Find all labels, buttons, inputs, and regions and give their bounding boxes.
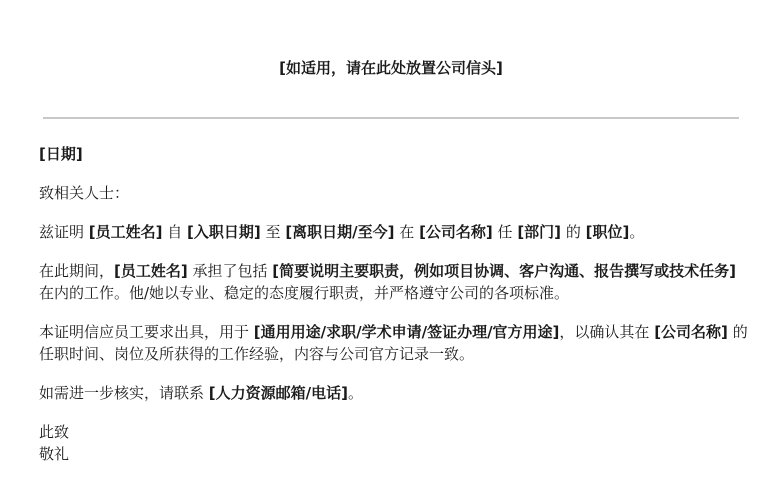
contact-paragraph: 如需进一步核实，请联系 [人力资源邮箱/电话]。 — [39, 382, 754, 404]
header-divider — [43, 117, 739, 119]
text: 的 — [561, 223, 586, 241]
text: 。 — [348, 384, 363, 402]
text: 在 — [395, 223, 420, 241]
text: 本证明信应员工要求出具，用于 — [39, 323, 254, 341]
purpose-paragraph: 本证明信应员工要求出具，用于 [通用用途/求职/学术申请/签证办理/官方用途]，… — [39, 321, 754, 365]
duties-placeholder: [简要说明主要职责，例如项目协调、客户沟通、报告撰写或技术任务] — [272, 262, 736, 280]
employee-name-placeholder: [员工姓名] — [89, 223, 163, 241]
salutation: 致相关人士： — [39, 182, 754, 204]
hr-contact-placeholder: [人力资源邮箱/电话] — [209, 384, 348, 402]
closing-line-2: 敬礼 — [39, 443, 754, 465]
employment-paragraph: 兹证明 [员工姓名] 自 [入职日期] 至 [离职日期/至今] 在 [公司名称]… — [39, 221, 754, 243]
text: 兹证明 — [39, 223, 89, 241]
date-placeholder: [日期] — [39, 143, 754, 165]
letter-body: [日期] 致相关人士： 兹证明 [员工姓名] 自 [入职日期] 至 [离职日期/… — [39, 143, 754, 465]
text: 自 — [163, 223, 188, 241]
text: 至 — [261, 223, 286, 241]
text: 。 — [629, 223, 644, 241]
text: 在内的工作。他/她以专业、稳定的态度履行职责，并严格遵守公司的各项标准。 — [39, 284, 569, 302]
text: 任 — [493, 223, 518, 241]
text: ，以确认其在 — [559, 323, 654, 341]
duties-paragraph: 在此期间，[员工姓名] 承担了包括 [简要说明主要职责，例如项目协调、客户沟通、… — [39, 260, 754, 304]
purpose-placeholder: [通用用途/求职/学术申请/签证办理/官方用途] — [254, 323, 560, 341]
position-placeholder: [职位] — [586, 223, 630, 241]
closing-line-1: 此致 — [39, 421, 754, 443]
end-date-placeholder: [离职日期/至今] — [285, 223, 394, 241]
start-date-placeholder: [入职日期] — [187, 223, 261, 241]
employee-name-placeholder: [员工姓名] — [114, 262, 188, 280]
text: 承担了包括 — [188, 262, 273, 280]
closing: 此致 敬礼 — [39, 421, 754, 465]
company-name-placeholder: [公司名称] — [654, 323, 728, 341]
text: 如需进一步核实，请联系 — [39, 384, 209, 402]
text: 在此期间， — [39, 262, 114, 280]
letterhead-placeholder: [如适用，请在此处放置公司信头] — [0, 57, 768, 79]
department-placeholder: [部门] — [517, 223, 561, 241]
company-name-placeholder: [公司名称] — [419, 223, 493, 241]
